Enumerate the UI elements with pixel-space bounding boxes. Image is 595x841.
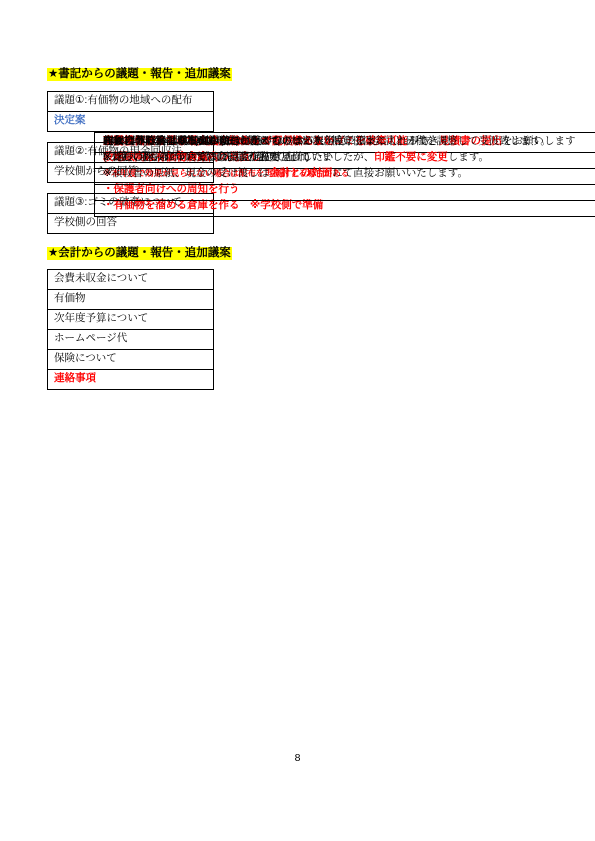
text-line: ※受渡の際、昨年度までは印鑑が必要としていましたが、印鑑不要に変更します。 — [103, 150, 595, 166]
text-run: ※受渡の際、昨年度までは印鑑が必要としていましたが、 — [103, 151, 374, 163]
highlighted-heading-text: ★会計からの議題・報告・追加議案 — [47, 247, 232, 260]
highlighted-heading-text: ★書記からの議題・報告・追加議案 — [47, 68, 232, 81]
row-label-cell: 連絡事項 — [48, 370, 214, 390]
table-row: 有価物有価物の貯蓄は 87 万超 — [48, 290, 548, 310]
text-run: 決定案 — [54, 114, 86, 126]
text-line: ホームページ代 — [54, 331, 207, 347]
text-run: 次年度予算について — [54, 312, 148, 324]
text-line: 議題①:有価物の地域への配布 — [54, 93, 207, 109]
text-line: ※領収書の原紙、現金の受け渡しは会計との対面にて直接お願いいたします。 — [103, 166, 595, 182]
table-row: ホームページ代昨年の予算案より 5,000 円ほど上がっている — [48, 330, 548, 350]
text-run: 会計との対面 — [269, 167, 332, 179]
table-row: 次年度予算について運動会等の検討事案でお金がかかるものは、次年度予算案に入れる為… — [48, 310, 548, 330]
text-line: 保険について — [54, 351, 207, 367]
row-label-cell: 次年度予算について — [48, 310, 214, 330]
table-row: 連絡事項領収書の写真を理事会 LINE に載せていただき、精算日は会計と日程を調… — [48, 370, 548, 390]
row-label-cell: 有価物 — [48, 290, 214, 310]
table-row: 保険についてPTA 団体総合補償制度手続きは無くなりました※新しい保険については… — [48, 350, 548, 370]
text-run: します。 — [448, 151, 489, 163]
table-row: 会費未収金について約 29 世帯が未収金(6/6 現在)(二重入金もあるので教頭… — [48, 270, 548, 290]
page-number: 8 — [0, 752, 595, 764]
document-content: ★書記からの議題・報告・追加議案議題①:有価物の地域への配布令和 7 年度から地… — [47, 66, 547, 400]
row-content-cell: 領収書の写真を理事会 LINE に載せていただき、精算日は会計と日程を調整して受… — [94, 132, 595, 201]
table-row: 決定案・学校側からできるのは、tetoru で配信すること・地域向け有価物の案内… — [48, 111, 548, 131]
row-label-cell: 保険について — [48, 350, 214, 370]
secretary-section-heading: ★書記からの議題・報告・追加議案 — [47, 66, 547, 84]
text-run: にて直接お願いいたします。 — [332, 167, 468, 179]
text-run: 会費未収金について — [54, 272, 148, 284]
text-run: 領収書の写真を理事会 LINE に載せていただき、精算日は会計と日程を調整して受… — [103, 135, 551, 147]
text-line: 有価物 — [54, 291, 207, 307]
text-line — [103, 182, 595, 198]
text-line: 次年度予算について — [54, 311, 207, 327]
document-page: ★書記からの議題・報告・追加議案議題①:有価物の地域への配布令和 7 年度から地… — [0, 0, 595, 841]
text-run: 連絡事項 — [54, 372, 96, 384]
text-run: ※領収書の原紙、現金の受け渡しは — [103, 167, 269, 179]
accounting-section-heading: ★会計からの議題・報告・追加議案 — [47, 245, 547, 263]
text-run: 有価物 — [54, 292, 86, 304]
text-line: 決定案 — [54, 113, 207, 129]
text-run: ホームページ代 — [54, 332, 127, 344]
text-line: 領収書の写真を理事会 LINE に載せていただき、精算日は会計と日程を調整して受… — [103, 134, 595, 150]
text-run: 議題①:有価物の地域への配布 — [54, 94, 192, 106]
row-label-cell: ホームページ代 — [48, 330, 214, 350]
text-line: 連絡事項 — [54, 371, 207, 387]
row-label-cell: 会費未収金について — [48, 270, 214, 290]
row-label-cell: 決定案 — [48, 111, 214, 131]
text-line: 会費未収金について — [54, 271, 207, 287]
text-run: 保険について — [54, 352, 117, 364]
accounting-table: 会費未収金について約 29 世帯が未収金(6/6 現在)(二重入金もあるので教頭… — [47, 269, 548, 390]
row-label-cell: 議題①:有価物の地域への配布 — [48, 91, 214, 111]
text-line: 学校側の回答 — [54, 215, 207, 231]
secretary-topic1-table: 議題①:有価物の地域への配布令和 7 年度から地域配布(200 枚程/月)してい… — [47, 91, 548, 132]
text-run: 学校側の回答 — [54, 216, 117, 228]
text-run: 印鑑不要に変更 — [374, 151, 448, 163]
table-row: 議題①:有価物の地域への配布令和 7 年度から地域配布(200 枚程/月)してい… — [48, 91, 548, 111]
